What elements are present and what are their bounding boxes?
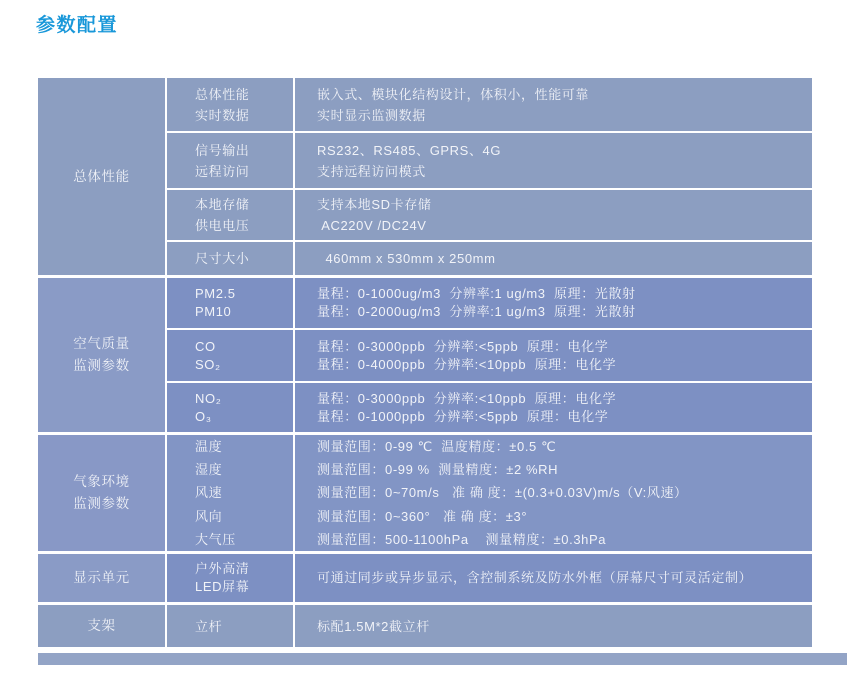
section-rows: 温度 湿度 风速 风向 大气压 测量范围：0-99 ℃ 温度精度：±0.5 ℃ … [167,435,812,551]
param-value-cell: 嵌入式、模块化结构设计，体积小，性能可靠 实时显示监测数据 [295,78,812,131]
param-value: 支持远程访问模式 [317,161,812,182]
category-label: 监测参数 [73,493,129,515]
spec-row: NO₂ O₃ 量程：0-3000ppb 分辨率:<10ppb 原理：电化学 量程… [167,383,812,432]
param-value: 可通过同步或异步显示，含控制系统及防水外框（屏幕尺寸可灵活定制） [317,569,812,587]
spec-row: 户外高清 LED屏幕 可通过同步或异步显示，含控制系统及防水外框（屏幕尺寸可灵活… [167,554,812,602]
spec-row: 温度 湿度 风速 风向 大气压 测量范围：0-99 ℃ 温度精度：±0.5 ℃ … [167,435,812,551]
param-name-cell: NO₂ O₃ [167,383,293,432]
section-meteorological: 气象环境 监测参数 温度 湿度 风速 风向 大气压 测量范围：0-99 ℃ 温度… [38,435,812,551]
param-value: 量程：0-4000ppb 分辨率:<10ppb 原理：电化学 [317,356,812,374]
param-value: 量程：0-3000ppb 分辨率:<5ppb 原理：电化学 [317,338,812,356]
param-value: 测量范围：0~360° 准 确 度：±3° [317,505,812,528]
spec-row: 信号输出 远程访问 RS232、RS485、GPRS、4G 支持远程访问模式 [167,133,812,188]
param-value: 嵌入式、模块化结构设计，体积小，性能可靠 [317,84,812,105]
spec-row: 立杆 标配1.5M*2截立杆 [167,605,812,647]
param-value: 标配1.5M*2截立杆 [317,616,812,637]
param-value: 测量范围：0-99 ℃ 温度精度：±0.5 ℃ [317,435,812,458]
param-name-cell: 总体性能 实时数据 [167,78,293,131]
section-rows: 总体性能 实时数据 嵌入式、模块化结构设计，体积小，性能可靠 实时显示监测数据 … [167,78,812,275]
category-label: 显示单元 [73,567,129,589]
category-label: 支架 [87,615,115,637]
spec-row: PM2.5 PM10 量程：0-1000ug/m3 分辨率:1 ug/m3 原理… [167,278,812,328]
category-label: 空气质量 [73,333,129,355]
param-name: SO₂ [195,356,293,374]
category-label: 总体性能 [73,166,129,188]
param-name: 大气压 [195,528,293,551]
section-rows: PM2.5 PM10 量程：0-1000ug/m3 分辨率:1 ug/m3 原理… [167,278,812,432]
category-label: 气象环境 [73,471,129,493]
param-value: RS232、RS485、GPRS、4G [317,140,812,161]
category-cell: 气象环境 监测参数 [38,435,165,551]
section-overall-performance: 总体性能 总体性能 实时数据 嵌入式、模块化结构设计，体积小，性能可靠 实时显示… [38,78,812,275]
param-name-cell: 信号输出 远程访问 [167,133,293,188]
param-name: O₃ [195,408,293,426]
section-rows: 户外高清 LED屏幕 可通过同步或异步显示，含控制系统及防水外框（屏幕尺寸可灵活… [167,554,812,602]
spec-row: CO SO₂ 量程：0-3000ppb 分辨率:<5ppb 原理：电化学 量程：… [167,330,812,381]
param-name: CO [195,338,293,356]
param-name-cell: 温度 湿度 风速 风向 大气压 [167,435,293,551]
param-name-cell: 户外高清 LED屏幕 [167,554,293,602]
param-value: 支持本地SD卡存储 [317,194,812,215]
section-rows: 立杆 标配1.5M*2截立杆 [167,605,812,647]
param-name: PM10 [195,303,293,321]
param-value-cell: 量程：0-3000ppb 分辨率:<10ppb 原理：电化学 量程：0-1000… [295,383,812,432]
section-air-quality: 空气质量 监测参数 PM2.5 PM10 量程：0-1000ug/m3 分辨率:… [38,278,812,432]
param-value-cell: 可通过同步或异步显示，含控制系统及防水外框（屏幕尺寸可灵活定制） [295,554,812,602]
param-name: 湿度 [195,458,293,481]
table-footer-bar [38,653,847,665]
category-cell: 空气质量 监测参数 [38,278,165,432]
param-name: 风速 [195,481,293,504]
param-name: 立杆 [195,616,293,637]
param-name: 尺寸大小 [195,248,293,269]
param-name: 实时数据 [195,105,293,126]
param-name-cell: CO SO₂ [167,330,293,381]
param-name: 风向 [195,505,293,528]
param-name: 供电电压 [195,215,293,236]
param-value-cell: 测量范围：0-99 ℃ 温度精度：±0.5 ℃ 测量范围：0-99 % 测量精度… [295,435,812,551]
param-name: PM2.5 [195,285,293,303]
param-value: 量程：0-1000ppb 分辨率:<5ppb 原理：电化学 [317,408,812,426]
param-name: 户外高清 [195,560,293,578]
param-name: 远程访问 [195,161,293,182]
param-value-cell: 标配1.5M*2截立杆 [295,605,812,647]
param-name-cell: 尺寸大小 [167,242,293,275]
spec-row: 本地存储 供电电压 支持本地SD卡存储 AC220V /DC24V [167,190,812,240]
param-value-cell: 支持本地SD卡存储 AC220V /DC24V [295,190,812,240]
param-name: 本地存储 [195,194,293,215]
param-value-cell: 量程：0-3000ppb 分辨率:<5ppb 原理：电化学 量程：0-4000p… [295,330,812,381]
category-cell: 显示单元 [38,554,165,602]
param-name: NO₂ [195,390,293,408]
param-name: LED屏幕 [195,578,293,596]
param-value: AC220V /DC24V [317,215,812,236]
param-value: 测量范围：0-99 % 测量精度：±2 %RH [317,458,812,481]
param-value: 量程：0-1000ug/m3 分辨率:1 ug/m3 原理：光散射 [317,285,812,303]
param-name-cell: PM2.5 PM10 [167,278,293,328]
param-value: 测量范围：500-1100hPa 测量精度：±0.3hPa [317,528,812,551]
category-label: 监测参数 [73,355,129,377]
param-name: 总体性能 [195,84,293,105]
page-title: 参数配置 [36,10,118,37]
category-cell: 总体性能 [38,78,165,275]
spec-row: 总体性能 实时数据 嵌入式、模块化结构设计，体积小，性能可靠 实时显示监测数据 [167,78,812,131]
param-name-cell: 立杆 [167,605,293,647]
spec-table: 总体性能 总体性能 实时数据 嵌入式、模块化结构设计，体积小，性能可靠 实时显示… [38,78,812,647]
param-value-cell: 量程：0-1000ug/m3 分辨率:1 ug/m3 原理：光散射 量程：0-2… [295,278,812,328]
param-value: 量程：0-2000ug/m3 分辨率:1 ug/m3 原理：光散射 [317,303,812,321]
param-value: 460mm x 530mm x 250mm [317,248,812,269]
param-value-cell: RS232、RS485、GPRS、4G 支持远程访问模式 [295,133,812,188]
section-display-unit: 显示单元 户外高清 LED屏幕 可通过同步或异步显示，含控制系统及防水外框（屏幕… [38,554,812,602]
param-value-cell: 460mm x 530mm x 250mm [295,242,812,275]
category-cell: 支架 [38,605,165,647]
section-bracket: 支架 立杆 标配1.5M*2截立杆 [38,605,812,647]
param-name: 信号输出 [195,140,293,161]
param-value: 测量范围：0~70m/s 准 确 度：±(0.3+0.03V)m/s（V:风速） [317,481,812,504]
param-name: 温度 [195,435,293,458]
param-value: 量程：0-3000ppb 分辨率:<10ppb 原理：电化学 [317,390,812,408]
param-value: 实时显示监测数据 [317,105,812,126]
spec-row: 尺寸大小 460mm x 530mm x 250mm [167,242,812,275]
param-name-cell: 本地存储 供电电压 [167,190,293,240]
